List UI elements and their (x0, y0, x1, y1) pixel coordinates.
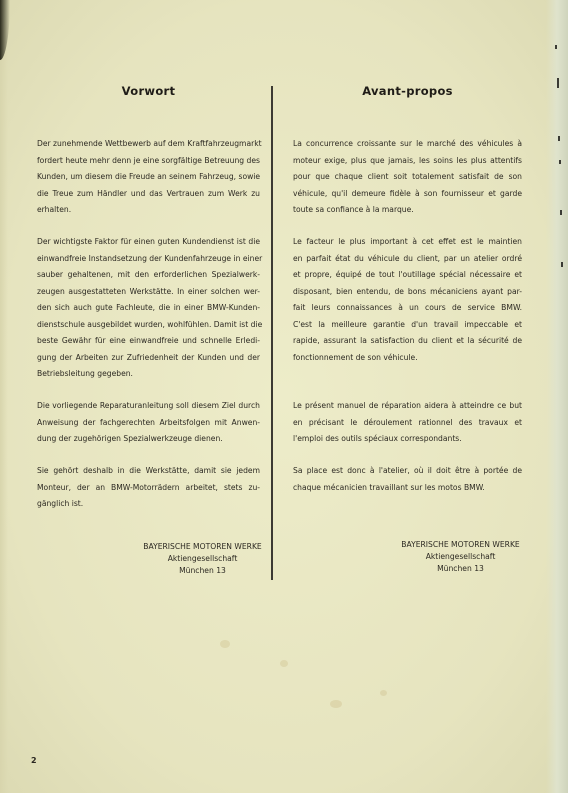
text-line: Der wichtigste Faktor für einen guten Ku… (37, 234, 260, 251)
signature-legal-form: Aktiengesellschaft (130, 553, 275, 565)
binding-shadow (0, 0, 10, 60)
text-line: erhalten. (37, 202, 260, 219)
text-line: Le présent manuel de réparation aidera à… (293, 398, 522, 415)
text-line: Die vorliegende Reparaturanleitung soll … (37, 398, 260, 415)
text-line: l'emploi des outils spéciaux corresponda… (293, 431, 522, 448)
text-line: Betriebsleitung gegeben. (37, 366, 260, 383)
text-line: Kunden, um diesem die Freude an seinem F… (37, 169, 260, 186)
heading-vorwort: Vorwort (37, 84, 260, 98)
text-line: toute sa confiance à la marque. (293, 202, 522, 219)
text-line: dienstschule ausgebildet wurden, wohlfüh… (37, 317, 260, 334)
paragraph-fr-3: Le présent manuel de réparation aidera à… (293, 398, 522, 448)
text-line: moteur exige, plus que jamais, les soins… (293, 153, 522, 170)
text-line: chaque mécanicien travaillant sur les mo… (293, 480, 522, 497)
signature-company: BAYERISCHE MOTOREN WERKE (388, 539, 533, 551)
signature-city: München 13 (130, 565, 275, 577)
document-page: Vorwort Der zunehmende Wettbewerb auf de… (0, 0, 568, 793)
text-line: véhicule, qu'il demeure fidèle à son fou… (293, 186, 522, 203)
text-line: Monteur, der an BMW-Motorrädern arbeitet… (37, 480, 260, 497)
text-line: sauber gehaltenen, mit den erforderliche… (37, 267, 260, 284)
text-line: C'est la meilleure garantie d'un travail… (293, 317, 522, 334)
column-divider (271, 86, 273, 580)
text-line: gung der Arbeiten zur Zufriedenheit der … (37, 350, 260, 367)
paragraph-de-2: Der wichtigste Faktor für einen guten Ku… (37, 234, 260, 383)
text-line: dung der zugehörigen Spezialwerkzeuge di… (37, 431, 260, 448)
text-line: fait leurs connaissances à un cours de s… (293, 300, 522, 317)
paragraph-fr-2: Le facteur le plus important à cet effet… (293, 234, 522, 366)
heading-avant-propos: Avant-propos (293, 84, 522, 98)
signature-company: BAYERISCHE MOTOREN WERKE (130, 541, 275, 553)
paragraph-de-1: Der zunehmende Wettbewerb auf dem Kraftf… (37, 136, 260, 219)
page-edge-left (0, 40, 8, 793)
text-line: den sich auch gute Fachleute, die in ein… (37, 300, 260, 317)
text-line: beste Gewähr für eine einwandfreie und s… (37, 333, 260, 350)
text-line: Sie gehört deshalb in die Werkstätte, da… (37, 463, 260, 480)
paragraph-de-3: Die vorliegende Reparaturanleitung soll … (37, 398, 260, 448)
signature-fr: BAYERISCHE MOTOREN WERKE Aktiengesellsch… (388, 539, 533, 575)
signature-legal-form: Aktiengesellschaft (388, 551, 533, 563)
text-line: fordert heute mehr denn je eine sorgfält… (37, 153, 260, 170)
text-line: et propre, équipé de tout l'outillage sp… (293, 267, 522, 284)
page-edge-right (546, 0, 568, 793)
text-line: fonctionnement de son véhicule. (293, 350, 522, 367)
paragraph-de-4: Sie gehört deshalb in die Werkstätte, da… (37, 463, 260, 513)
paragraph-fr-1: La concurrence croissante sur le marché … (293, 136, 522, 219)
text-line: Anweisung der fachgerechten Arbeitsfolge… (37, 415, 260, 432)
text-line: rapide, assurant la satisfaction du clie… (293, 333, 522, 350)
text-line: zeugen ausgestatteten Werkstätte. In ein… (37, 284, 260, 301)
text-line: Le facteur le plus important à cet effet… (293, 234, 522, 251)
text-line: die Treue zum Händler und das Vertrauen … (37, 186, 260, 203)
text-line: Sa place est donc à l'atelier, où il doi… (293, 463, 522, 480)
signature-city: München 13 (388, 563, 533, 575)
text-line: gänglich ist. (37, 496, 260, 513)
page-number: 2 (31, 756, 37, 765)
text-line: en parfait état du véhicule du client, p… (293, 251, 522, 268)
text-line: disposant, bien entendu, de bons mécanic… (293, 284, 522, 301)
signature-de: BAYERISCHE MOTOREN WERKE Aktiengesellsch… (130, 541, 275, 577)
text-line: einwandfreie Instandsetzung der Kundenfa… (37, 251, 260, 268)
text-line: en précisant le déroulement rationnel de… (293, 415, 522, 432)
paragraph-fr-4: Sa place est donc à l'atelier, où il doi… (293, 463, 522, 496)
text-line: pour que chaque client soit totalement s… (293, 169, 522, 186)
text-line: La concurrence croissante sur le marché … (293, 136, 522, 153)
text-line: Der zunehmende Wettbewerb auf dem Kraftf… (37, 136, 260, 153)
